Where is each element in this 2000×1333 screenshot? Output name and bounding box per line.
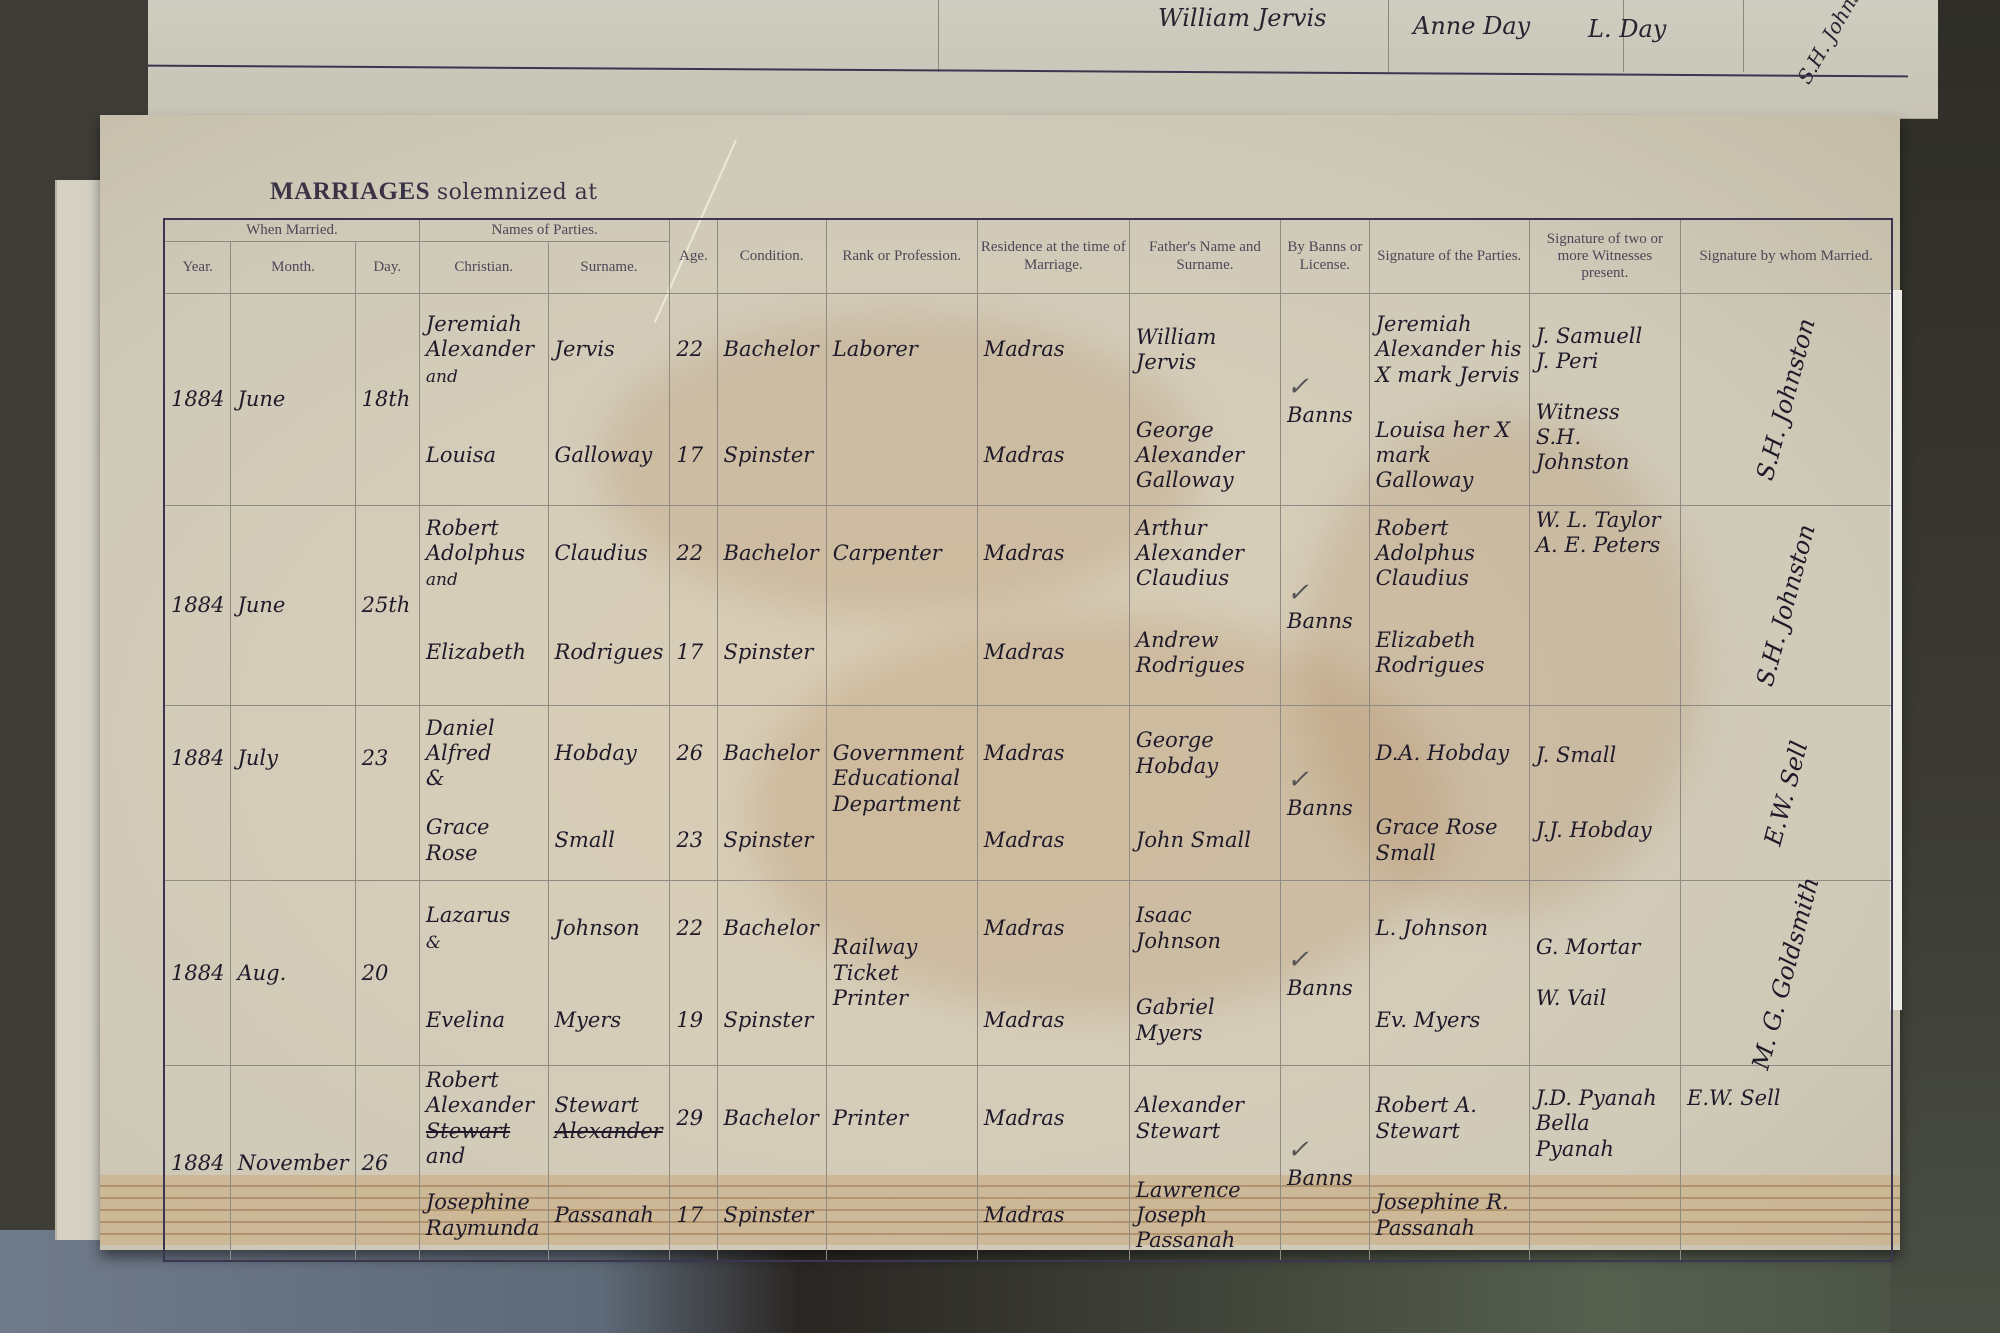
checkmark-icon: ✓ [1287,945,1363,976]
bride-age: 17 [670,1171,717,1261]
bride-surname: Small [548,801,670,881]
column-header-father: Father's Name and Surname. [1129,219,1280,294]
column-header-surname: Surname. [548,242,670,294]
banns-or-license: ✓Banns [1281,881,1370,1066]
groom-residence: Madras [977,294,1129,406]
bride-christian: Evelina [419,976,548,1066]
column-header-condition: Condition. [717,219,826,294]
bride-residence: Madras [977,976,1129,1066]
group-header-when-married: When Married. [164,219,419,242]
checkmark-icon: ✓ [1287,372,1363,403]
bride-father: Lawrence Joseph Passanah [1129,1171,1280,1261]
prev-witnesses: L. Day [1588,15,1666,43]
entry-day: 23 [355,706,419,881]
groom-profession: Carpenter [826,506,977,601]
bride-signature: Elizabeth Rodrigues [1369,601,1529,706]
title-rest: solemnized at [437,180,598,205]
witnesses: J.D. PyanahBella Pyanah [1529,1066,1680,1261]
entry-month: June [231,294,355,506]
groom-surname: StewartAlexander [548,1066,670,1171]
column-header-witnesses: Signature of two or more Witnesses prese… [1529,219,1680,294]
bride-profession [826,1171,977,1261]
entry-day: 20 [355,881,419,1066]
married-by: S.H. Johnston [1680,294,1892,506]
bride-age: 23 [670,801,717,881]
groom-signature: Robert A. Stewart [1369,1066,1529,1171]
bride-profession [826,601,977,706]
groom-residence: Madras [977,881,1129,976]
prev-signature-parties: Anne Day [1413,12,1530,40]
groom-christian: Daniel Alfred& [419,706,548,801]
groom-profession: Laborer [826,294,977,406]
bride-age: 17 [670,406,717,506]
column-header-banns: By Banns or License. [1281,219,1370,294]
bride-father: John Small [1129,801,1280,881]
group-header-names-of-parties: Names of Parties. [419,219,669,242]
groom-father: William Jervis [1129,294,1280,406]
groom-residence: Madras [977,706,1129,801]
groom-surname: Claudius [548,506,670,601]
entry-year: 1884 [164,506,231,706]
column-header-residence: Residence at the time of Marriage. [977,219,1129,294]
column-header-christian: Christian. [419,242,548,294]
column-header-month: Month. [231,242,355,294]
table-row: 1884 June 18th Jeremiah Alexanderand Jer… [164,294,1892,406]
groom-age: 22 [670,881,717,976]
married-by: M. G. Goldsmith [1680,881,1892,1066]
married-by: S.H. Johnston [1680,506,1892,706]
column-header-married-by: Signature by whom Married. [1680,219,1892,294]
bride-residence: Madras [977,406,1129,506]
bride-christian: Louisa [419,406,548,506]
checkmark-icon: ✓ [1287,765,1363,796]
column-header-age: Age. [670,219,717,294]
groom-signature: L. Johnson [1369,881,1529,976]
bride-surname: Myers [548,976,670,1066]
witnesses: G. MortarW. Vail [1529,881,1680,1066]
groom-signature: Jeremiah Alexander his X mark Jervis [1369,294,1529,406]
entry-month: Aug. [231,881,355,1066]
entry-month: November [231,1066,355,1261]
groom-christian: Jeremiah Alexanderand [419,294,548,406]
groom-father: Alexander Stewart [1129,1066,1280,1171]
bride-signature: Grace Rose Small [1369,801,1529,881]
groom-christian: Robert Adolphusand [419,506,548,601]
groom-signature: Robert Adolphus Claudius [1369,506,1529,601]
groom-condition: Bachelor [717,706,826,801]
groom-condition: Bachelor [717,506,826,601]
witnesses: J. SamuellJ. PeriWitnessS.H. Johnston [1529,294,1680,506]
bride-condition: Spinster [717,976,826,1066]
entry-day: 26 [355,1066,419,1261]
groom-christian: Robert AlexanderStewartand [419,1066,548,1171]
groom-condition: Bachelor [717,1066,826,1171]
groom-profession: Railway Ticket Printer [826,881,977,1066]
banns-or-license: ✓Banns [1281,506,1370,706]
groom-father: Arthur Alexander Claudius [1129,506,1280,601]
groom-signature: D.A. Hobday [1369,706,1529,801]
groom-age: 29 [670,1066,717,1171]
bride-signature: Josephine R. Passanah [1369,1171,1529,1261]
bride-father: Andrew Rodrigues [1129,601,1280,706]
groom-father: George Hobday [1129,706,1280,801]
banns-or-license: ✓Banns [1281,1066,1370,1261]
checkmark-icon: ✓ [1287,578,1363,609]
groom-surname: Jervis [548,294,670,406]
prev-fathers-name: William Jervis [1158,4,1327,32]
table-row: 1884 November 26 Robert AlexanderStewart… [164,1066,1892,1171]
groom-surname: Johnson [548,881,670,976]
struck-through-text: Stewart [426,1119,510,1143]
married-by: E.W. Sell [1680,1066,1892,1261]
banns-or-license: ✓Banns [1281,294,1370,506]
entry-month: July [231,706,355,881]
groom-condition: Bachelor [717,881,826,976]
table-surface [1890,0,2000,1333]
entry-year: 1884 [164,1066,231,1261]
bride-christian: Elizabeth [419,601,548,706]
page-title: MARRIAGES solemnized at [270,178,598,206]
bride-age: 17 [670,601,717,706]
column-header-year: Year. [164,242,231,294]
bride-profession [826,406,977,506]
bride-christian: Grace Rose [419,801,548,881]
groom-residence: Madras [977,1066,1129,1171]
groom-residence: Madras [977,506,1129,601]
witnesses: J. SmallJ.J. Hobday [1529,706,1680,881]
title-bold: MARRIAGES [270,178,430,205]
bride-condition: Spinster [717,801,826,881]
groom-christian: Lazarus& [419,881,548,976]
bride-surname: Rodrigues [548,601,670,706]
married-by: E.W. Sell [1680,706,1892,881]
bride-christian: Josephine Raymunda [419,1171,548,1261]
groom-age: 26 [670,706,717,801]
marriage-register-table: When Married. Names of Parties. Age. Con… [163,218,1893,1262]
bride-surname: Passanah [548,1171,670,1261]
entry-month: June [231,506,355,706]
groom-age: 22 [670,506,717,601]
column-header-signature-parties: Signature of the Parties. [1369,219,1529,294]
table-row: 1884 July 23 Daniel Alfred& Hobday 26 Ba… [164,706,1892,801]
struck-through-text: Alexander [555,1119,663,1143]
bride-condition: Spinster [717,601,826,706]
bride-condition: Spinster [717,1171,826,1261]
column-header-day: Day. [355,242,419,294]
bride-surname: Galloway [548,406,670,506]
groom-surname: Hobday [548,706,670,801]
table-row: 1884 June 25th Robert Adolphusand Claudi… [164,506,1892,601]
entry-year: 1884 [164,881,231,1066]
entry-year: 1884 [164,294,231,506]
bride-residence: Madras [977,801,1129,881]
groom-age: 22 [670,294,717,406]
bride-signature: Louisa her X mark Galloway [1369,406,1529,506]
entry-day: 25th [355,506,419,706]
entry-day: 18th [355,294,419,506]
witnesses: W. L. TaylorA. E. Peters [1529,506,1680,706]
table-row: 1884 Aug. 20 Lazarus& Johnson 22 Bachelo… [164,881,1892,976]
bride-residence: Madras [977,1171,1129,1261]
groom-condition: Bachelor [717,294,826,406]
column-header-profession: Rank or Profession. [826,219,977,294]
groom-profession: Government Educational Department [826,706,977,881]
previous-page-strip: William Jervis Anne Day L. Day S.H. John… [148,0,1938,119]
groom-profession: Printer [826,1066,977,1171]
bride-age: 19 [670,976,717,1066]
checkmark-icon: ✓ [1287,1135,1363,1166]
bride-father: George Alexander Galloway [1129,406,1280,506]
bride-condition: Spinster [717,406,826,506]
bride-father: Gabriel Myers [1129,976,1280,1066]
bride-residence: Madras [977,601,1129,706]
entry-year: 1884 [164,706,231,881]
bride-signature: Ev. Myers [1369,976,1529,1066]
banns-or-license: ✓Banns [1281,706,1370,881]
groom-father: Isaac Johnson [1129,881,1280,976]
